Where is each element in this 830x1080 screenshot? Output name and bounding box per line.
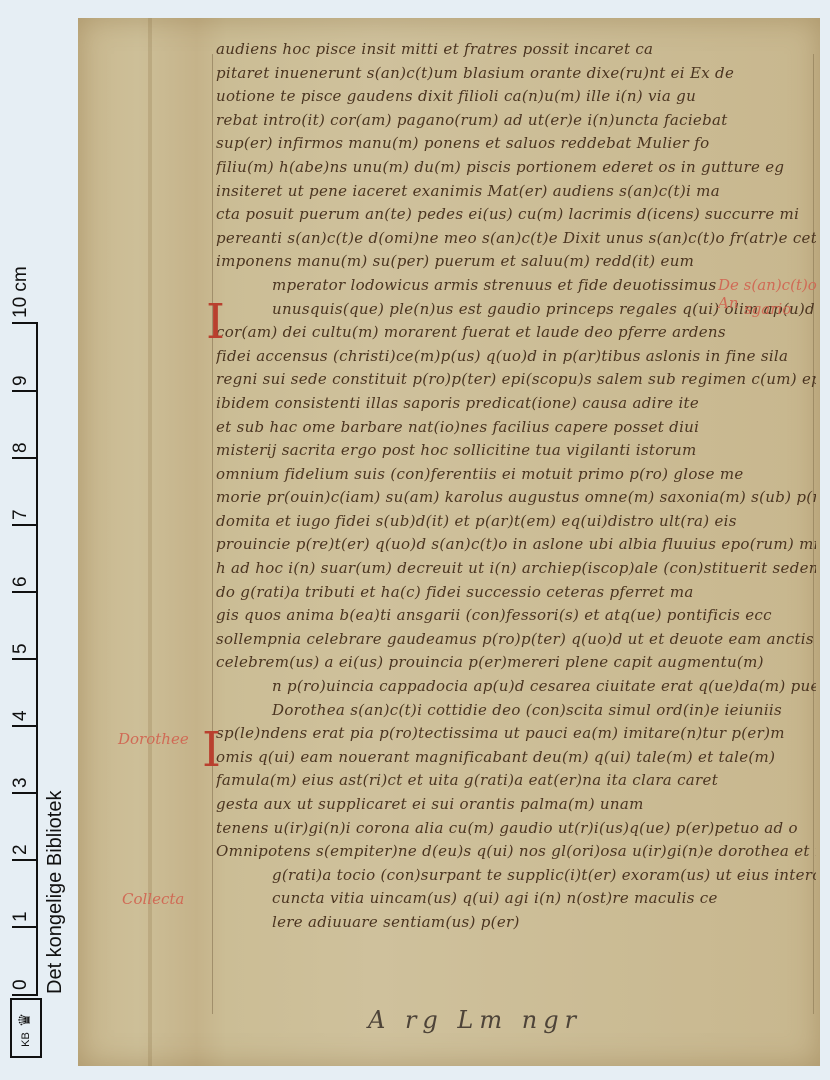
ruler-tick-9 [12, 390, 38, 392]
text-line: gis quos anima b(ea)ti ansgarii (con)fes… [216, 604, 816, 628]
ruler-label-10cm: 10 cm [10, 266, 32, 318]
text-line: rebat intro(it) cor(am) pagano(rum) ad u… [216, 109, 816, 133]
text-line: famula(m) eius ast(ri)ct et uita g(rati)… [216, 769, 816, 793]
scale-ruler: 0 1 2 3 4 5 6 7 8 9 10 cm Det kongelige … [0, 0, 80, 1080]
ruler-tick-3 [12, 792, 38, 794]
rubric-collecta: Collecta [122, 890, 184, 908]
text-line: do g(rati)a tributi et ha(c) fidei succe… [216, 581, 816, 605]
crown-logo-icon: ♛ KB [10, 998, 42, 1058]
rubric-de-sancto-ansgario-2: sgario [744, 300, 791, 318]
text-line: morie pr(ouin)c(iam) su(am) karolus augu… [216, 486, 816, 510]
ruler-tick-0 [12, 994, 38, 996]
institution-label: Det kongelige Bibliotek [44, 791, 67, 994]
ruler-label-8: 8 [10, 442, 32, 453]
ruler-tick-10 [12, 322, 38, 324]
text-line: n p(ro)uincia cappadocia ap(u)d cesarea … [216, 675, 816, 699]
text-line: cuncta vitia uincam(us) q(ui) agi i(n) n… [216, 887, 816, 911]
text-line: tenens u(ir)gi(n)i corona alia cu(m) gau… [216, 817, 816, 841]
text-line: omnium fidelium suis (con)ferentiis ei m… [216, 463, 816, 487]
text-line: g(rati)a tocio (con)surpant te supplic(i… [216, 864, 816, 888]
text-line: omis q(ui) eam nouerant magnificabant de… [216, 746, 816, 770]
ruler-label-2: 2 [10, 844, 32, 855]
text-line: insiteret ut pene iaceret exanimis Mat(e… [216, 180, 816, 204]
ruler-tick-5 [12, 658, 38, 660]
ruler-label-9: 9 [10, 375, 32, 386]
text-line: imponens manu(m) su(per) puerum et saluu… [216, 250, 816, 274]
text-line: pereanti s(an)c(t)e d(omi)ne meo s(an)c(… [216, 227, 816, 251]
text-line: celebrem(us) a ei(us) prouincia p(er)mer… [216, 651, 816, 675]
ruler-tick-6 [12, 591, 38, 593]
text-line: sp(le)ndens erat pia p(ro)tectissima ut … [216, 722, 816, 746]
text-line: pitaret inuenerunt s(an)c(t)um blasium o… [216, 62, 816, 86]
text-line: gesta aux ut supplicaret ei sui orantis … [216, 793, 816, 817]
ruler-tick-2 [12, 859, 38, 861]
text-line: sollempnia celebrare gaudeamus p(ro)p(te… [216, 628, 816, 652]
ruler-label-4: 4 [10, 710, 32, 721]
text-column: audiens hoc pisce insit mitti et fratres… [216, 38, 816, 935]
ruler-label-0: 0 [10, 979, 32, 990]
ruler-label-5: 5 [10, 643, 32, 654]
ruler-label-3: 3 [10, 777, 32, 788]
text-line: cta posuit puerum an(te) pedes ei(us) cu… [216, 203, 816, 227]
text-line: sup(er) infirmos manu(m) ponens et saluo… [216, 132, 816, 156]
ruler-label-1: 1 [10, 911, 32, 922]
ruler-tick-8 [12, 457, 38, 459]
text-line: Omnipotens s(empiter)ne d(eu)s q(ui) nos… [216, 840, 816, 864]
text-line: Dorothea s(an)c(t)i cottidie deo (con)sc… [216, 699, 816, 723]
text-line: filiu(m) h(abe)ns unu(m) du(m) piscis po… [216, 156, 816, 180]
ruler-tick-4 [12, 725, 38, 727]
ruler-tick-1 [12, 926, 38, 928]
text-line: ibidem consistenti illas saporis predica… [216, 392, 816, 416]
text-line: cor(am) dei cultu(m) morarent fuerat et … [216, 321, 816, 345]
red-initial-I: I [206, 298, 225, 346]
red-initial-I-2: I [202, 726, 221, 774]
rubric-dorothee: Dorothee [118, 730, 189, 748]
text-line: domita et iugo fidei s(ub)d(it) et p(ar)… [216, 510, 816, 534]
manuscript-leaf: audiens hoc pisce insit mitti et fratres… [78, 18, 820, 1066]
ruler-label-7: 7 [10, 509, 32, 520]
later-hand-annotation: A rg Lm ngr [368, 1006, 582, 1034]
ruler-label-6: 6 [10, 576, 32, 587]
text-line: fidei accensus (christi)ce(m)p(us) q(uo)… [216, 345, 816, 369]
text-line: h ad hoc i(n) suar(um) decreuit ut i(n) … [216, 557, 816, 581]
text-line: misterij sacrita ergo post hoc solliciti… [216, 439, 816, 463]
text-line: audiens hoc pisce insit mitti et fratres… [216, 38, 816, 62]
text-line: prouincie p(re)t(er) q(uo)d s(an)c(t)o i… [216, 533, 816, 557]
text-line: et sub hac ome barbare nat(io)nes facili… [216, 416, 816, 440]
text-line: lere adiuuare sentiam(us) p(er) [216, 911, 816, 935]
text-line: regni sui sede constituit p(ro)p(ter) ep… [216, 368, 816, 392]
ruler-tick-7 [12, 524, 38, 526]
text-line: uotione te pisce gaudens dixit filioli c… [216, 85, 816, 109]
